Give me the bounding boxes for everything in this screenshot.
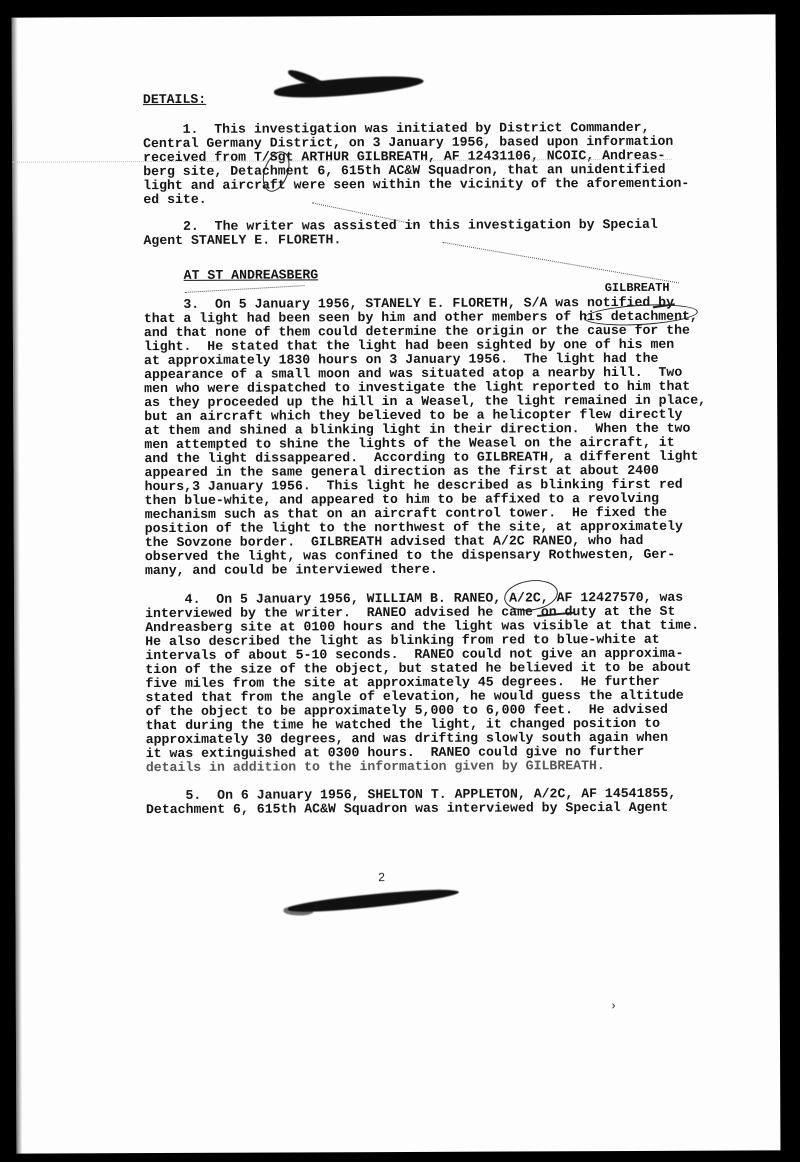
paragraph-2-line-2: Agent STANELY E. FLORETH. xyxy=(143,233,341,248)
page-number: 2 xyxy=(378,870,385,884)
paragraph-1-line-6: ed site. xyxy=(143,193,206,207)
stray-pencil-mark: › xyxy=(610,999,617,1013)
document-body: DETAILS: 1. This investigation was initi… xyxy=(143,14,767,851)
handwritten-annotation-gilbreath: GILBREATH xyxy=(605,281,670,295)
paragraph-1-line-5: light and aircraft were seen within the … xyxy=(143,177,689,193)
paragraph-4-line-13: details in addition to the information g… xyxy=(146,759,605,775)
document-page: DETAILS: 1. This investigation was initi… xyxy=(12,14,781,1153)
subheading-location: AT ST ANDREASBERG xyxy=(184,268,319,282)
paragraph-3-line-20: many, and could be interviewed there. xyxy=(145,563,438,578)
section-heading: DETAILS: xyxy=(143,93,206,107)
redaction-mark-bottom-tail xyxy=(283,906,313,915)
paragraph-5-line-2: Detachment 6, 615th AC&W Squadron was in… xyxy=(146,801,668,817)
